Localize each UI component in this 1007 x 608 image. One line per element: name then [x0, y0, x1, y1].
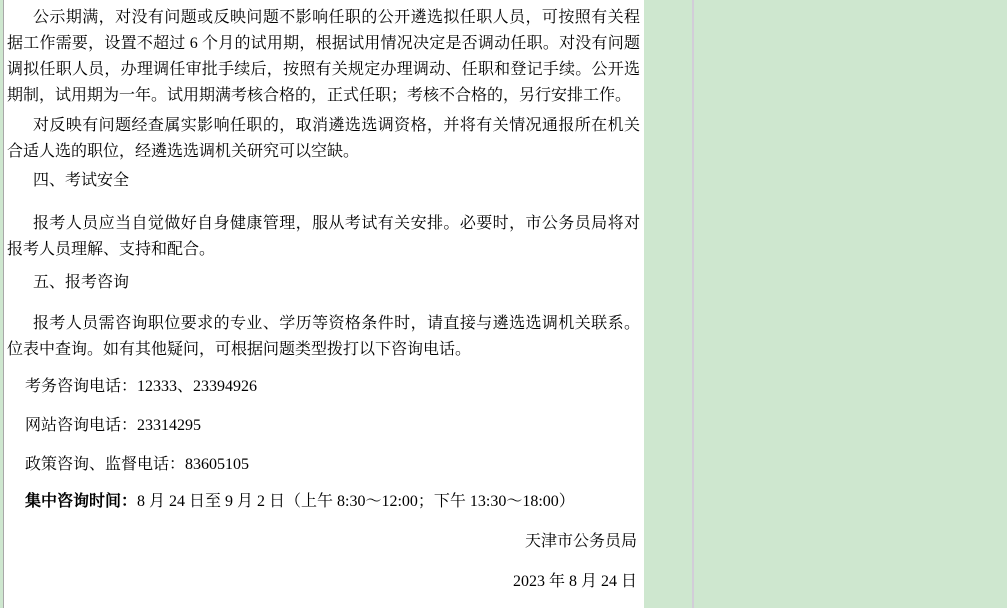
- paragraph-line: 期制，试用期为一年。试用期满考核合格的，正式任职；考核不合格的，另行安排工作。: [7, 82, 640, 108]
- phone-line-website: 网站咨询电话：23314295: [7, 412, 640, 438]
- heading-text: 五、报考咨询: [7, 269, 640, 295]
- paragraph-health-management: 报考人员应当自觉做好自身健康管理，服从考试有关安排。必要时，市公务员局将对有关工…: [7, 210, 640, 262]
- signature-text: 天津市公务员局: [7, 528, 640, 554]
- pane-divider: [692, 0, 694, 608]
- document-page: 公示期满，对没有问题或反映问题不影响任职的公开遴选拟任职人员，可按照有关程序办理…: [3, 0, 644, 608]
- phone-text: 政策咨询、监督电话：83605105: [7, 451, 640, 477]
- paragraph-line: 合适人选的职位，经遴选选调机关研究可以空缺。: [7, 138, 640, 164]
- signature-line: 天津市公务员局: [7, 528, 640, 554]
- heading-text: 四、考试安全: [7, 167, 640, 193]
- paragraph-probation: 公示期满，对没有问题或反映问题不影响任职的公开遴选拟任职人员，可按照有关程序办理…: [7, 4, 640, 108]
- schedule-label: 集中咨询时间：: [25, 493, 137, 510]
- paragraph-line: 报考人员应当自觉做好自身健康管理，服从考试有关安排。必要时，市公务员局将对有关工…: [7, 210, 640, 236]
- section-heading-exam-safety: 四、考试安全: [7, 167, 640, 193]
- phone-line-policy: 政策咨询、监督电话：83605105: [7, 451, 640, 477]
- section-heading-consultation: 五、报考咨询: [7, 269, 640, 295]
- date-text: 2023 年 8 月 24 日: [7, 568, 640, 594]
- paragraph-line: 据工作需要，设置不超过 6 个月的试用期，根据试用情况决定是否调动任职。对没有问…: [7, 30, 640, 56]
- schedule-value: 8 月 24 日至 9 月 2 日（上午 8:30～12:00；下午 13:30…: [137, 493, 575, 510]
- date-line: 2023 年 8 月 24 日: [7, 568, 640, 594]
- paragraph-line: 对反映有问题经查属实影响任职的，取消遴选选调资格，并将有关情况通报所在机关（单位…: [7, 112, 640, 138]
- phone-line-exam: 考务咨询电话：12333、23394926: [7, 373, 640, 399]
- paragraph-line: 报考人员需咨询职位要求的专业、学历等资格条件时，请直接与遴选选调机关联系。遴选选…: [7, 310, 640, 336]
- document-viewer-background: 公示期满，对没有问题或反映问题不影响任职的公开遴选拟任职人员，可按照有关程序办理…: [0, 0, 1007, 608]
- schedule-line: 集中咨询时间：8 月 24 日至 9 月 2 日（上午 8:30～12:00；下…: [7, 488, 640, 514]
- paragraph-disqualification: 对反映有问题经查属实影响任职的，取消遴选选调资格，并将有关情况通报所在机关（单位…: [7, 112, 640, 164]
- phone-text: 网站咨询电话：23314295: [7, 412, 640, 438]
- paragraph-line: 报考人员理解、支持和配合。: [7, 236, 640, 262]
- schedule-text: 集中咨询时间：8 月 24 日至 9 月 2 日（上午 8:30～12:00；下…: [7, 488, 640, 514]
- paragraph-line: 公示期满，对没有问题或反映问题不影响任职的公开遴选拟任职人员，可按照有关程序办理…: [7, 4, 640, 30]
- phone-text: 考务咨询电话：12333、23394926: [7, 373, 640, 399]
- paragraph-line: 位表中查询。如有其他疑问，可根据问题类型拨打以下咨询电话。: [7, 336, 640, 362]
- paragraph-consultation-info: 报考人员需咨询职位要求的专业、学历等资格条件时，请直接与遴选选调机关联系。遴选选…: [7, 310, 640, 362]
- paragraph-line: 调拟任职人员，办理调任审批手续后，按照有关规定办理调动、任职和登记手续。公开选调…: [7, 56, 640, 82]
